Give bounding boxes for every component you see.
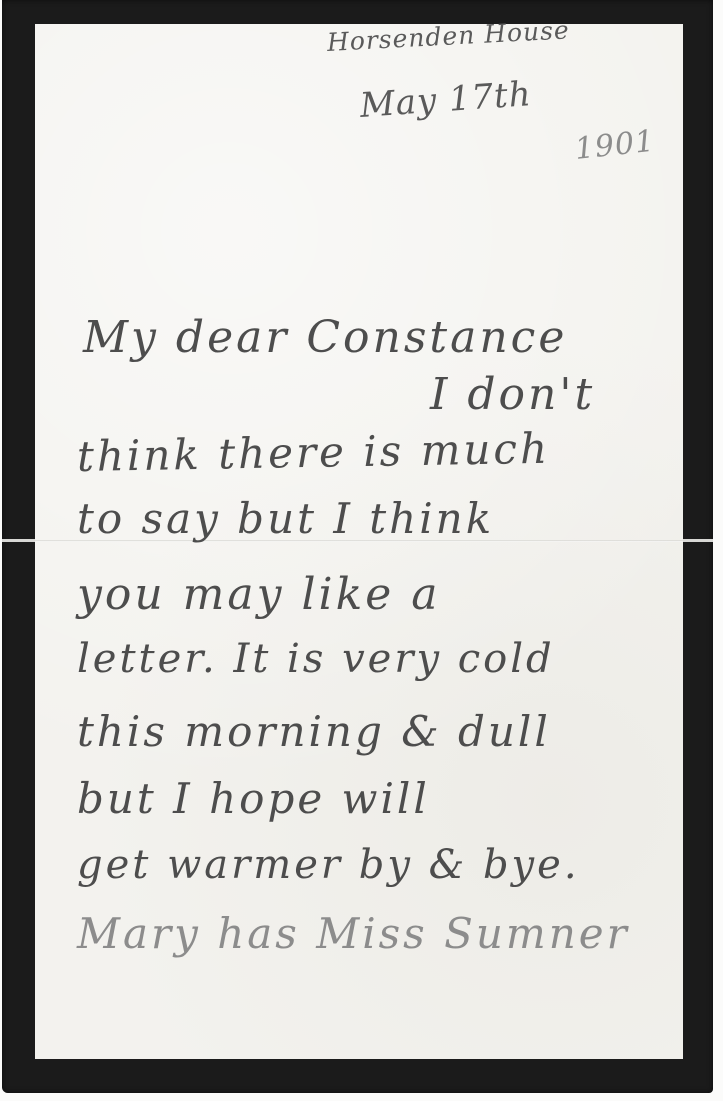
body-line-7: but I hope will <box>77 774 430 823</box>
body-line-3: to say but I think <box>77 494 494 543</box>
body-line-9: Mary has Miss Sumner <box>77 909 630 958</box>
salutation: My dear Constance <box>83 312 567 363</box>
letter-paper: Horsenden House May 17th 1901 My dear Co… <box>35 24 683 1059</box>
letter-scan: Horsenden House May 17th 1901 My dear Co… <box>0 0 723 1101</box>
letter-date: May 17th <box>359 74 533 126</box>
body-line-5: letter. It is very cold <box>77 636 555 682</box>
body-line-1: I don't <box>430 369 595 420</box>
body-line-8: get warmer by & bye. <box>77 842 580 888</box>
fold-crease-left <box>2 539 35 542</box>
letter-year: 1901 <box>573 124 657 167</box>
fold-crease-right <box>683 539 713 542</box>
body-line-4: you may like a <box>77 569 441 620</box>
body-line-6: this morning & dull <box>77 707 551 756</box>
body-line-2: think there is much <box>77 424 551 481</box>
